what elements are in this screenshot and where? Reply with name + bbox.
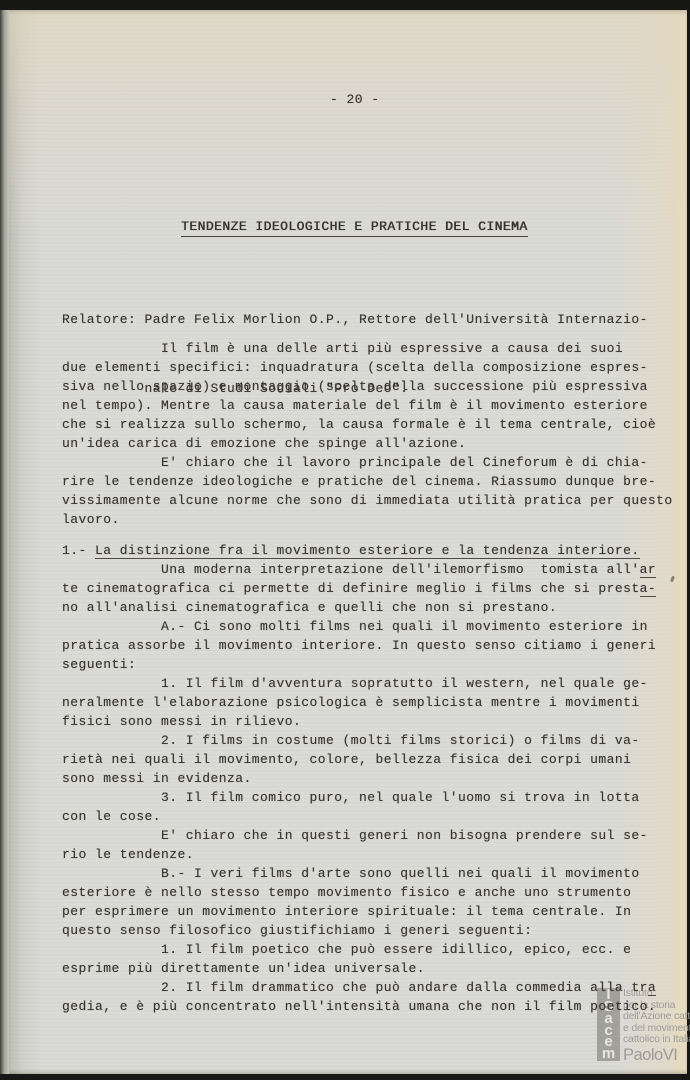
document-title: TENDENZE IDEOLOGICHE E PRATICHE DEL CINE… [181, 217, 528, 236]
speaker-line: Relatore: Padre Felix Morlion O.P., Rett… [62, 308, 648, 331]
text-line: 2. Il film drammatico che può andare dal… [62, 978, 673, 997]
text-line: gedia, e è più concentrato nell'intensit… [62, 997, 673, 1016]
text-line: sono messi in evidenza. [62, 769, 673, 788]
text-line: un'idea carica di emozione che spinge al… [62, 434, 673, 453]
text-line: siva nello spazio) e montaggio (scelta d… [62, 377, 673, 396]
text-line: rire le tendenze ideologiche e pratiche … [62, 472, 673, 491]
text-line: Il film è una delle arti più espressive … [62, 339, 673, 358]
text-line: E' chiaro che il lavoro principale del C… [62, 453, 673, 472]
text-line: lavoro. [62, 510, 673, 529]
text-line: Una moderna interpretazione dell'ilemorf… [62, 560, 673, 579]
text-line: esteriore è nello stesso tempo movimento… [62, 883, 673, 902]
text-line: 2. I films in costume (molti films stori… [62, 731, 673, 750]
text-line: neralmente l'elaborazione psicologica è … [62, 693, 673, 712]
text-line: 1. Il film poetico che può essere idilli… [62, 940, 673, 959]
text-line: A.- Ci sono molti films nei quali il mov… [62, 617, 673, 636]
text-line: 1.- La distinzione fra il movimento este… [62, 541, 673, 560]
text-line: rietà nei quali il movimento, colore, be… [62, 750, 673, 769]
text-line: 1. Il film d'avventura sopratutto il wes… [62, 674, 673, 693]
text-line: due elementi specifici: inquadratura (sc… [62, 358, 673, 377]
text-line: 3. Il film comico puro, nel quale l'uomo… [62, 788, 673, 807]
text-line: che si realizza sullo schermo, la causa … [62, 415, 673, 434]
typewritten-text-layer: - 20 - TENDENZE IDEOLOGICHE E PRATICHE D… [0, 0, 690, 1080]
text-line: no all'analisi cinematografica e quelli … [62, 598, 673, 617]
text-line: nel tempo). Mentre la causa materiale de… [62, 396, 673, 415]
text-line: questo senso filosofico giustifichiamo i… [62, 921, 673, 940]
text-line: te cinematografica ci permette di defini… [62, 579, 673, 598]
text-line: B.- I veri films d'arte sono quelli nei … [62, 864, 673, 883]
text-line: pratica assorbe il movimento interiore. … [62, 636, 673, 655]
text-line: esprime più direttamente un'idea univers… [62, 959, 673, 978]
text-line: fisici sono messi in rilievo. [62, 712, 673, 731]
document-body-text: Il film è una delle arti più espressive … [62, 339, 673, 1016]
text-line: vissimamente alcune norme che sono di im… [62, 491, 673, 510]
page-number: - 20 - [330, 90, 380, 109]
text-line: E' chiaro che in questi generi non bisog… [62, 826, 673, 845]
text-line: seguenti: [62, 655, 673, 674]
text-line: per esprimere un movimento interiore spi… [62, 902, 673, 921]
text-line: con le cose. [62, 807, 673, 826]
text-line: rio le tendenze. [62, 845, 673, 864]
